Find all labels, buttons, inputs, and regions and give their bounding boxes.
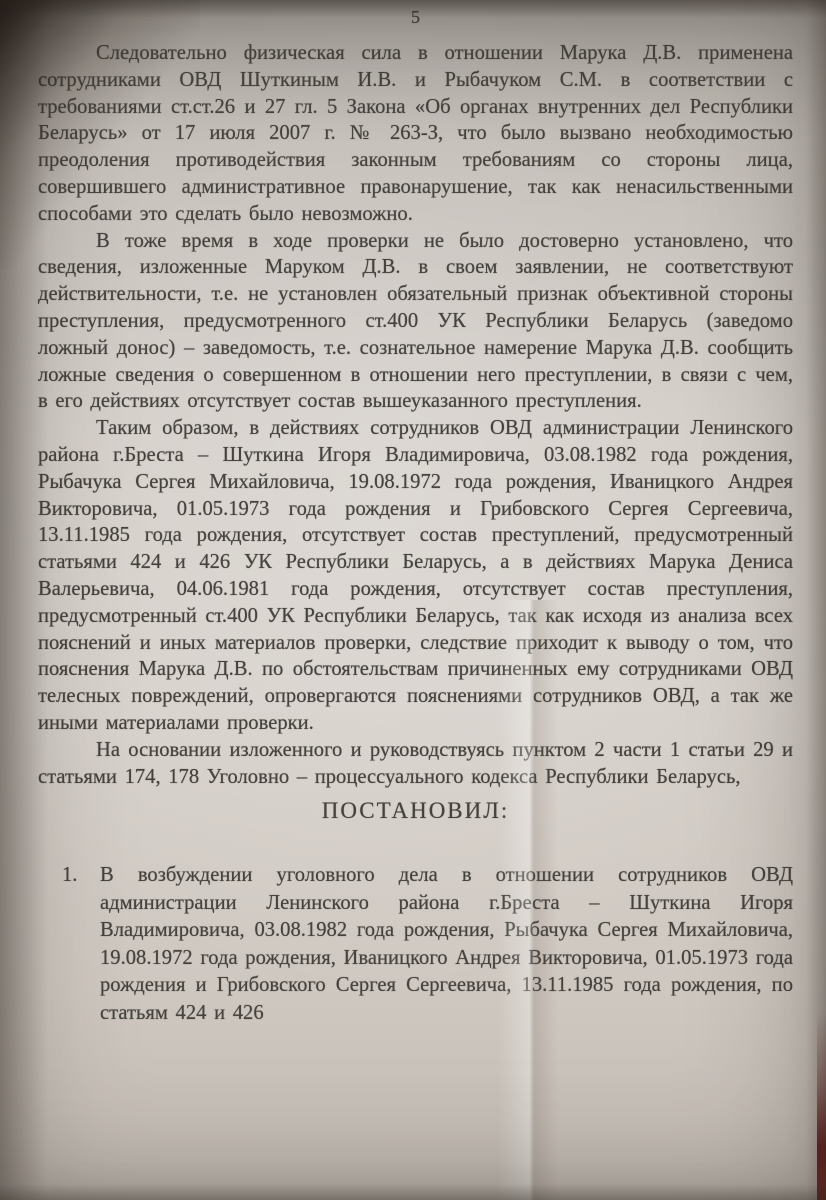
page-number: 5 [38, 6, 793, 28]
resolution-list: 1. В возбуждении уголовного дела в отнош… [38, 862, 793, 1027]
edge-shadow-right [806, 0, 826, 1200]
paragraph-legal-basis: На основании изложенного и руководствуяс… [38, 737, 793, 791]
resolution-heading: ПОСТАНОВИЛ: [38, 796, 793, 826]
table-edge-strip [817, 1010, 826, 1200]
paragraph-no-false-report: В тоже время в ходе проверки не было дос… [38, 228, 793, 416]
document-page: 5 Следовательно физическая сила в отноше… [38, 6, 793, 1027]
list-item-marker: 1. [62, 862, 100, 1027]
resolution-item-1: 1. В возбуждении уголовного дела в отнош… [38, 862, 793, 1027]
list-item-text: В возбуждении уголовного дела в отношени… [100, 862, 793, 1027]
paragraph-conclusion: Таким образом, в действиях сотрудников О… [38, 415, 793, 737]
document-photo: 5 Следовательно физическая сила в отноше… [0, 0, 826, 1200]
paragraph-physical-force: Следовательно физическая сила в отношени… [38, 40, 793, 228]
edge-shadow-bottom [0, 1184, 826, 1200]
